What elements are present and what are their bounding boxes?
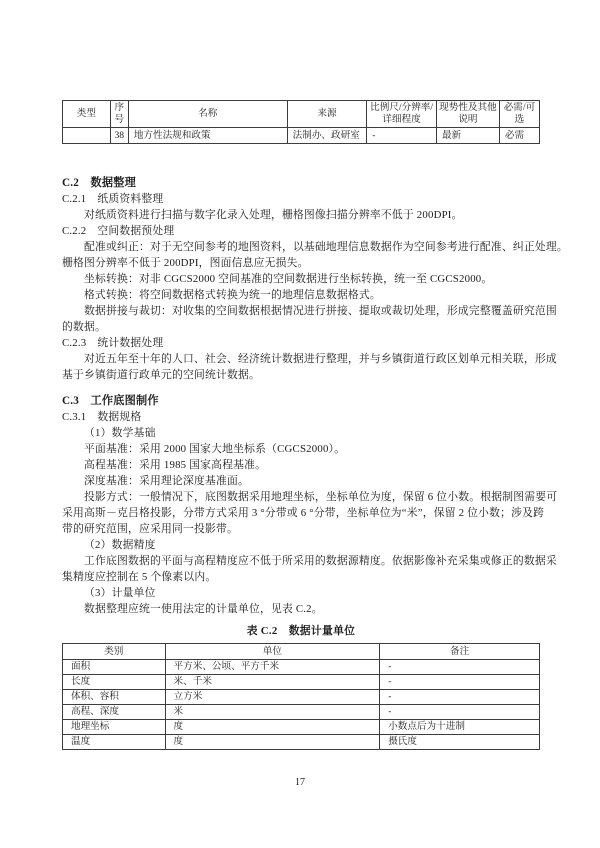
table-row: 38地方性法规和政策法制办、政研室-最新必需 bbox=[63, 128, 540, 144]
table-cell: 地理坐标 bbox=[63, 719, 166, 734]
text-line: C.3.1 数据规格 bbox=[62, 409, 546, 425]
column-header: 类别 bbox=[63, 644, 166, 660]
text-line: 对纸质资料进行扫描与数字化录入处理，栅格图像扫描分辨率不低于 200DPI。 bbox=[62, 207, 546, 223]
text-line: C.2.1 纸质资料整理 bbox=[62, 191, 546, 207]
table-cell: 高程、深度 bbox=[63, 704, 166, 719]
data-source-table: 类型序号名称来源比例尺/分辨率/详细程度现势性及其他说明必需/可选 38地方性法… bbox=[62, 100, 540, 144]
section-heading: C.3 工作底图制作 bbox=[62, 393, 546, 409]
table-cell: 最新 bbox=[436, 128, 499, 144]
column-header: 现势性及其他说明 bbox=[436, 101, 499, 128]
measurement-units-table: 类别单位备注 面积平方米、公顷、平方千米-长度米、千米-体积、容积立方米-高程、… bbox=[62, 643, 540, 750]
table-cell: 长度 bbox=[63, 674, 166, 689]
text-line bbox=[62, 383, 546, 393]
column-header: 序号 bbox=[110, 101, 128, 128]
table-cell: 必需 bbox=[499, 128, 539, 144]
table-cell: 温度 bbox=[63, 734, 166, 749]
table-cell: 地方性法规和政策 bbox=[128, 128, 287, 144]
table-cell: - bbox=[380, 660, 540, 675]
text-line: （1）数学基础 bbox=[62, 425, 546, 441]
table-cell: 摄氏度 bbox=[380, 734, 540, 749]
body-text: C.2 数据整理C.2.1 纸质资料整理对纸质资料进行扫描与数字化录入处理，栅格… bbox=[62, 175, 546, 617]
table-cell: 米 bbox=[165, 704, 380, 719]
text-line: 采用高斯－克吕格投影，分带方式采用 3 °分带或 6 °分带，坐标单位为“米”，… bbox=[62, 505, 546, 521]
column-header: 单位 bbox=[165, 644, 380, 660]
text-line: C.2.3 统计数据处理 bbox=[62, 335, 546, 351]
text-line: 基于乡镇街道行政单元的空间统计数据。 bbox=[62, 367, 546, 383]
text-line: 栅格图分辨率不低于 200DPI，图面信息应无损失。 bbox=[62, 255, 546, 271]
text-line: 格式转换：将空间数据格式转换为统一的地理信息数据格式。 bbox=[62, 287, 546, 303]
text-line: 投影方式：一般情况下，底图数据采用地理坐标，坐标单位为度，保留 6 位小数。根据… bbox=[62, 489, 546, 505]
text-line: 的数据。 bbox=[62, 319, 546, 335]
text-line: C.2.2 空间数据预处理 bbox=[62, 223, 546, 239]
table-row: 面积平方米、公顷、平方千米- bbox=[63, 660, 540, 675]
text-line: 高程基准：采用 1985 国家高程基准。 bbox=[62, 457, 546, 473]
text-line: 数据整理应统一使用法定的计量单位，见表 C.2。 bbox=[62, 601, 546, 617]
table-cell bbox=[63, 128, 111, 144]
table-cell: 小数点后为十进制 bbox=[380, 719, 540, 734]
table-cell: - bbox=[380, 689, 540, 704]
text-line: 带的研究范围，应采用同一投影带。 bbox=[62, 521, 546, 537]
table-row: 长度米、千米- bbox=[63, 674, 540, 689]
column-header: 备注 bbox=[380, 644, 540, 660]
text-line: （3）计量单位 bbox=[62, 585, 546, 601]
table-cell: - bbox=[380, 674, 540, 689]
table-cell: - bbox=[367, 128, 437, 144]
table-cell: 法制办、政研室 bbox=[287, 128, 367, 144]
table-cell: - bbox=[380, 704, 540, 719]
units-table-title: 表 C.2 数据计量单位 bbox=[62, 623, 540, 639]
table-cell: 立方米 bbox=[165, 689, 380, 704]
table-row: 高程、深度米- bbox=[63, 704, 540, 719]
column-header: 来源 bbox=[287, 101, 367, 128]
table-cell: 度 bbox=[165, 734, 380, 749]
text-line: 坐标转换：对非 CGCS2000 空间基准的空间数据进行坐标转换，统一至 CGC… bbox=[62, 271, 546, 287]
text-line: 对近五年至十年的人口、社会、经济统计数据进行整理，并与乡镇街道行政区划单元相关联… bbox=[62, 351, 546, 367]
page-number: 17 bbox=[0, 776, 600, 790]
data-source-table-header: 类型序号名称来源比例尺/分辨率/详细程度现势性及其他说明必需/可选 bbox=[63, 101, 540, 128]
column-header: 必需/可选 bbox=[499, 101, 539, 128]
text-line: 数据拼接与裁切：对收集的空间数据根据情况进行拼接、提取或裁切处理，形成完整覆盖研… bbox=[62, 303, 546, 319]
column-header: 类型 bbox=[63, 101, 111, 128]
table-row: 体积、容积立方米- bbox=[63, 689, 540, 704]
document-page: 类型序号名称来源比例尺/分辨率/详细程度现势性及其他说明必需/可选 38地方性法… bbox=[0, 0, 600, 848]
text-line: 平面基准：采用 2000 国家大地坐标系（CGCS2000）。 bbox=[62, 441, 546, 457]
table-cell: 平方米、公顷、平方千米 bbox=[165, 660, 380, 675]
table-row: 温度度摄氏度 bbox=[63, 734, 540, 749]
text-line: 工作底图数据的平面与高程精度应不低于所采用的数据源精度。依据影像补充采集或修正的… bbox=[62, 553, 546, 569]
table-cell: 面积 bbox=[63, 660, 166, 675]
table-cell: 米、千米 bbox=[165, 674, 380, 689]
measurement-units-table-header: 类别单位备注 bbox=[63, 644, 540, 660]
table-cell: 38 bbox=[110, 128, 128, 144]
table-cell: 体积、容积 bbox=[63, 689, 166, 704]
text-line: 深度基准：采用理论深度基准面。 bbox=[62, 473, 546, 489]
text-line: （2）数据精度 bbox=[62, 537, 546, 553]
section-heading: C.2 数据整理 bbox=[62, 175, 546, 191]
table-cell: 度 bbox=[165, 719, 380, 734]
table-row: 地理坐标度小数点后为十进制 bbox=[63, 719, 540, 734]
text-line: 集精度应控制在 5 个像素以内。 bbox=[62, 569, 546, 585]
column-header: 比例尺/分辨率/详细程度 bbox=[367, 101, 437, 128]
column-header: 名称 bbox=[128, 101, 287, 128]
text-line: 配准或纠正：对于无空间参考的地图资料，以基础地理信息数据作为空间参考进行配准、纠… bbox=[62, 239, 546, 255]
